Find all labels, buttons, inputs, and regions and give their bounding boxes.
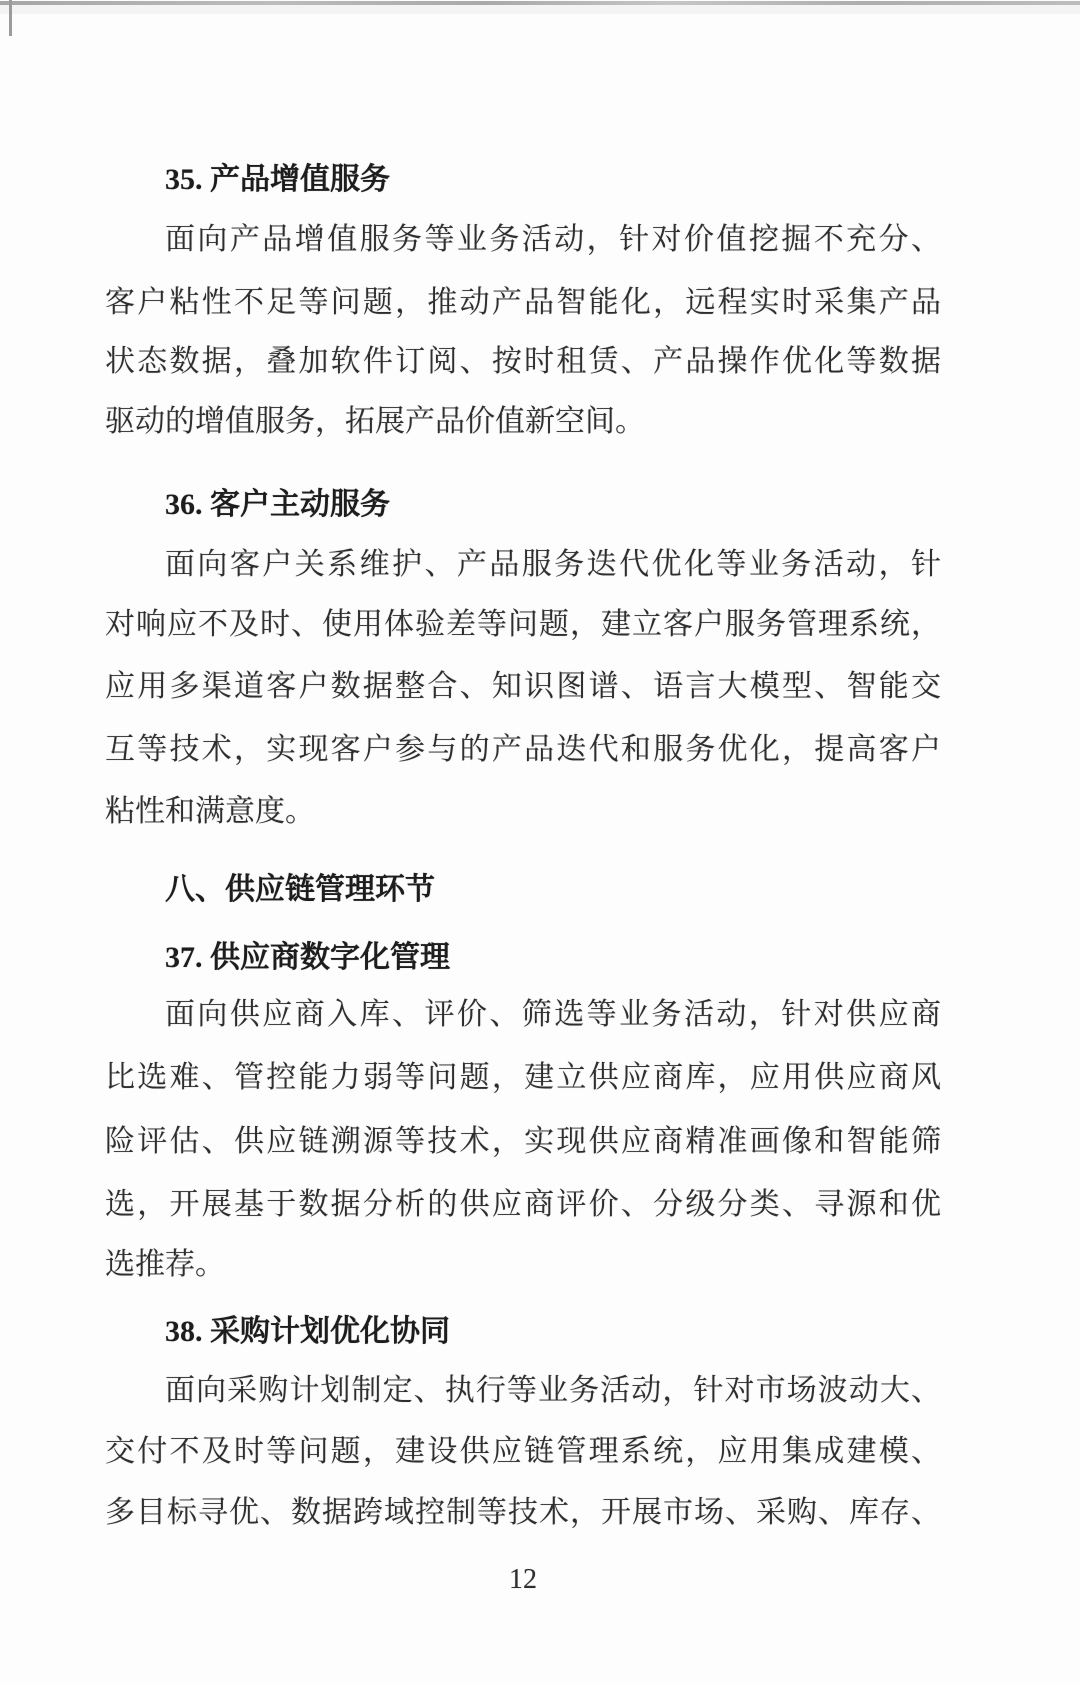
scan-artifact-left-tick xyxy=(9,0,12,36)
text-line: 状态数据，叠加软件订阅、按时租赁、产品操作优化等数据 xyxy=(105,341,941,383)
text-line: 面向采购计划制定、执行等业务活动，针对市场波动大、 xyxy=(105,1370,941,1412)
page-number: 12 xyxy=(105,1564,941,1596)
section-heading: 35. 产品增值服务 xyxy=(105,159,1001,201)
text-line: 驱动的增值服务，拓展产品价值新空间。 xyxy=(105,401,941,443)
text-line: 面向供应商入库、评价、筛选等业务活动，针对供应商 xyxy=(105,994,941,1036)
text-line: 互等技术，实现客户参与的产品迭代和服务优化，提高客户 xyxy=(105,729,941,771)
section-heading: 37. 供应商数字化管理 xyxy=(105,937,1001,979)
scan-edge-light-band xyxy=(0,5,1080,14)
section-heading: 38. 采购计划优化协同 xyxy=(105,1311,1001,1353)
text-line: 交付不及时等问题，建设供应链管理系统，应用集成建模、 xyxy=(105,1431,941,1473)
text-line: 面向产品增值服务等业务活动，针对价值挖掘不充分、 xyxy=(105,219,941,261)
text-line: 比选难、管控能力弱等问题，建立供应商库，应用供应商风 xyxy=(105,1057,941,1099)
text-line: 应用多渠道客户数据整合、知识图谱、语言大模型、智能交 xyxy=(105,666,941,708)
section-heading: 八、供应链管理环节 xyxy=(105,869,1001,911)
text-line: 面向客户关系维护、产品服务迭代优化等业务活动，针 xyxy=(105,544,941,586)
text-line: 对响应不及时、使用体验差等问题，建立客户服务管理系统， xyxy=(105,604,941,646)
text-line: 多目标寻优、数据跨域控制等技术，开展市场、采购、库存、 xyxy=(105,1492,941,1534)
text-line: 客户粘性不足等问题，推动产品智能化，远程实时采集产品 xyxy=(105,282,941,324)
section-heading: 36. 客户主动服务 xyxy=(105,484,1001,526)
document-page: 35. 产品增值服务面向产品增值服务等业务活动，针对价值挖掘不充分、客户粘性不足… xyxy=(0,0,1080,1685)
text-line: 粘性和满意度。 xyxy=(105,791,941,833)
text-line: 险评估、供应链溯源等技术，实现供应商精准画像和智能筛 xyxy=(105,1121,941,1163)
text-line: 选，开展基于数据分析的供应商评价、分级分类、寻源和优 xyxy=(105,1184,941,1226)
text-line: 选推荐。 xyxy=(105,1244,941,1286)
